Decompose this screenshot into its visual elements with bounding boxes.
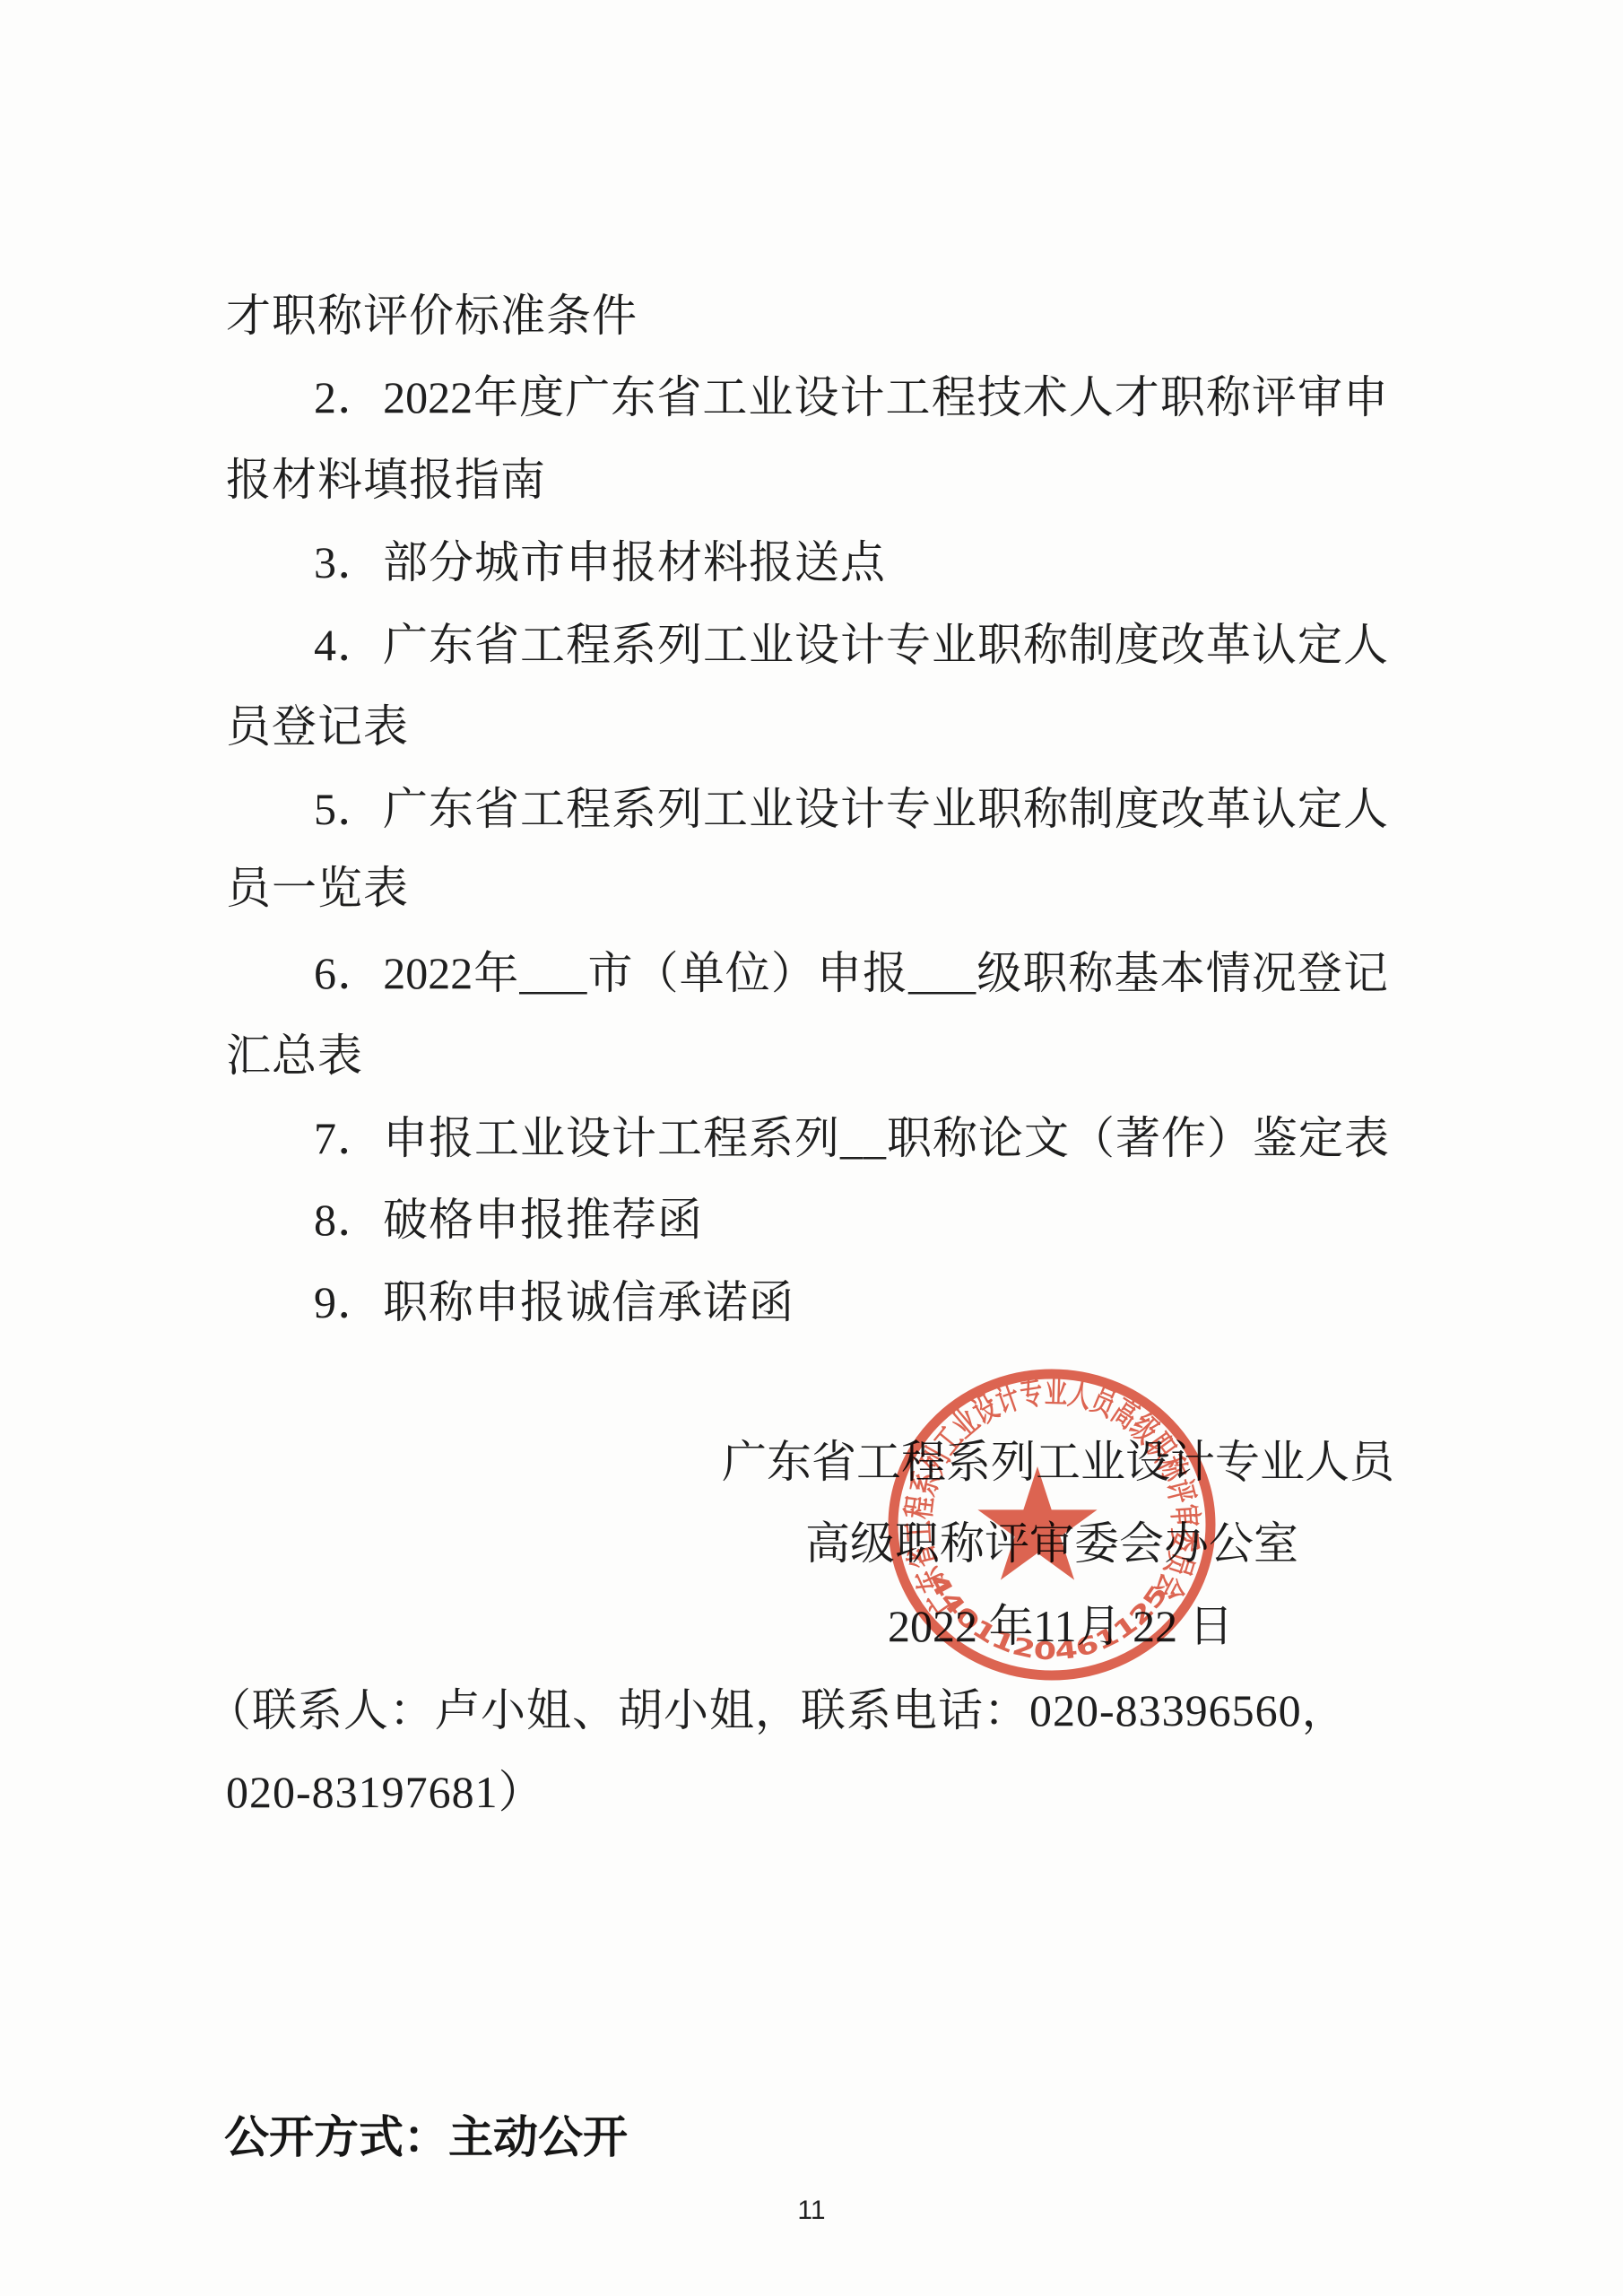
contact-line: 020-83197681）: [226, 1752, 544, 1833]
official-seal-stamp: 广东省工程系列工业设计专业人员高级职称评审委员会 4401120461125: [881, 1367, 1222, 1683]
doc-line: 3．部分城市申报材料报送点: [314, 522, 886, 604]
doc-line: 员登记表: [226, 686, 409, 768]
doc-line: 9．职称申报诚信承诺函: [314, 1262, 794, 1344]
disclosure-method-line: 公开方式：主动公开: [224, 2101, 628, 2173]
doc-line: 6．2022年___市（单位）申报___级职称基本情况登记: [314, 933, 1388, 1014]
document-page: 才职称评价标准条件 2．2022年度广东省工业设计工程技术人才职称评审申 报材料…: [0, 0, 1623, 2296]
page-number: 11: [0, 2196, 1623, 2226]
star-icon: [977, 1466, 1097, 1580]
doc-line: 员一览表: [226, 848, 409, 929]
doc-line: 8．破格申报推荐函: [314, 1179, 703, 1261]
doc-line: 7．申报工业设计工程系列__职称论文（著作）鉴定表: [314, 1098, 1390, 1179]
doc-line: 汇总表: [226, 1015, 363, 1097]
doc-line: 4．广东省工程系列工业设计专业职称制度改革认定人: [314, 604, 1388, 686]
doc-line: 2．2022年度广东省工业设计工程技术人才职称评审申: [314, 357, 1388, 439]
doc-line: 才职称评价标准条件: [226, 275, 638, 357]
doc-line: 5．广东省工程系列工业设计专业职称制度改革认定人: [314, 769, 1388, 850]
doc-line: 报材料填报指南: [226, 439, 546, 521]
